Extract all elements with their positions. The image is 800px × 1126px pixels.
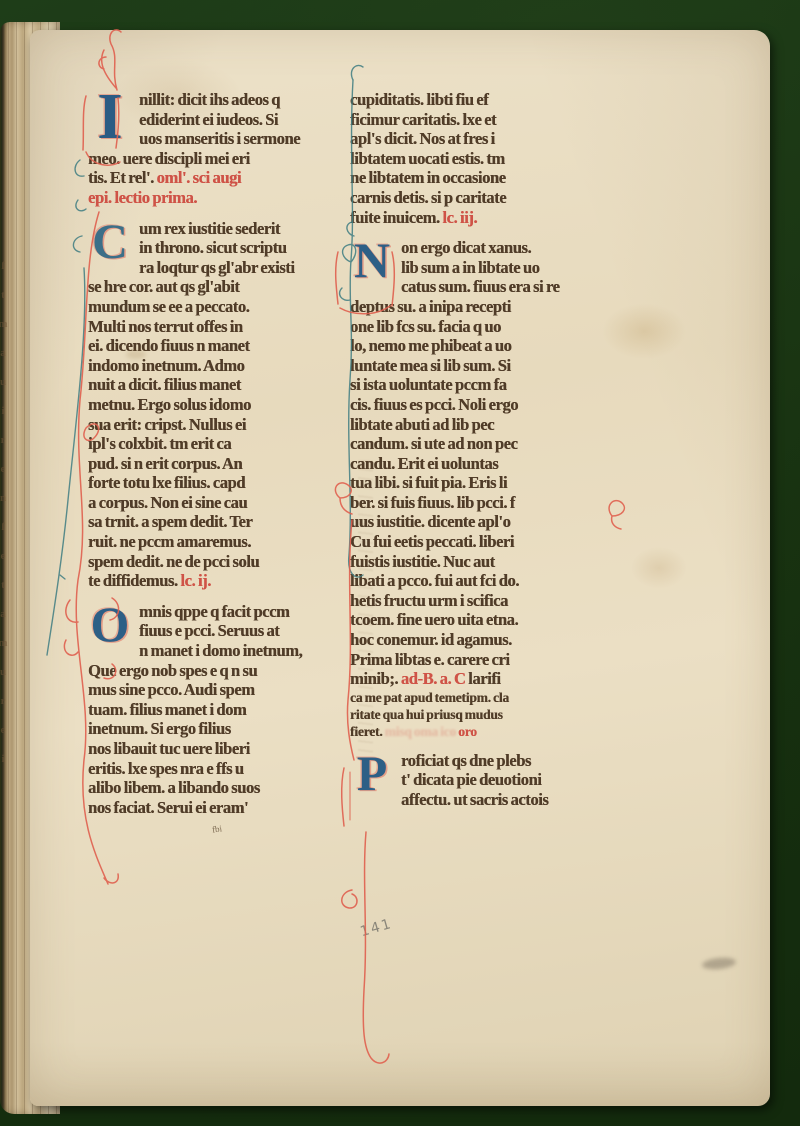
illuminated-initial-C: C xyxy=(88,220,132,261)
text-line: tis. Et rel'. oml'. sci augi xyxy=(88,168,336,188)
text-line: te diffidemus. lc. ij. xyxy=(88,571,336,591)
text-line: mus sine pcco. Audi spem xyxy=(88,680,336,700)
body-text: Multi nos terrut offes in xyxy=(88,317,243,336)
illuminated-initial-I: I xyxy=(88,91,132,134)
text-line: se hre cor. aut qs gl'abit xyxy=(88,277,336,297)
text-line: ne libtatem in occasione xyxy=(350,168,622,188)
body-text: lib sum a in libtate uo xyxy=(401,258,539,277)
body-text: larifi xyxy=(465,669,500,688)
rubric-text: epi. lectio prima. xyxy=(88,188,197,207)
body-text: nuit a dicit. filius manet xyxy=(88,375,241,394)
text-line: indomo inetnum. Admo xyxy=(88,356,336,376)
body-text: deptus su. a inipa recepti xyxy=(350,297,511,316)
text-line: inetnum. Si ergo filius xyxy=(88,719,336,739)
body-text: affectu. ut sacris actois xyxy=(401,790,548,809)
text-line: tuam. filius manet i dom xyxy=(88,700,336,720)
body-text: inetnum. Si ergo filius xyxy=(88,719,231,738)
body-text: on ergo dicat xanus. xyxy=(401,238,531,257)
body-text: um rex iustitie sederit xyxy=(139,219,280,238)
text-line: ipl's colxbit. tm erit ca xyxy=(88,434,336,454)
text-line: libati a pcco. fui aut fci do. xyxy=(350,571,622,591)
text-line: mundum se ee a peccato. xyxy=(88,297,336,317)
body-text: eritis. lxe spes nra e ffs u xyxy=(88,759,244,778)
body-text: tuam. filius manet i dom xyxy=(88,700,246,719)
text-column-right: cupiditatis. libti fiu efficimur caritat… xyxy=(350,90,622,810)
body-text: indomo inetnum. Admo xyxy=(88,356,244,375)
text-line: sa trnit. a spem dedit. Ter xyxy=(88,512,336,532)
body-text: spem dedit. ne de pcci solu xyxy=(88,552,259,571)
text-line: libtate abuti ad lib pec xyxy=(350,415,622,435)
spine-ghost-text: ſtmauirenſetamurei xyxy=(0,260,9,1050)
text-line: candum. si ute ad non pec xyxy=(350,434,622,454)
body-text: tcoem. fine uero uita etna. xyxy=(350,610,518,629)
text-section: Omnis qppe q facit pccmfiuus e pcci. Ser… xyxy=(88,602,336,818)
text-section: Proficiat qs dne plebst' dicata pie deuo… xyxy=(350,751,622,810)
body-text: forte totu lxe filius. capd xyxy=(88,473,245,492)
text-line: luntate mea si lib sum. Si xyxy=(350,356,622,376)
body-text: n manet i domo inetnum, xyxy=(139,641,302,660)
body-text: ber. si fuis fiuus. lib pcci. f xyxy=(350,493,515,512)
text-line: libtatem uocati estis. tm xyxy=(350,149,622,169)
body-text: libati a pcco. fui aut fci do. xyxy=(350,571,519,590)
text-line: apl's dicit. Nos at fres i xyxy=(350,129,622,149)
body-text: nos faciat. Serui ei eram' xyxy=(88,798,248,817)
text-column-left: Inillit: dicit ihs adeos qediderint ei i… xyxy=(88,90,336,817)
body-text: Prima libtas e. carere cri xyxy=(350,650,510,669)
text-line: Que ergo nob spes e q n su xyxy=(88,661,336,681)
erased-rubric-text: misq oma ico xyxy=(385,724,456,739)
rubric-text: oml'. sci augi xyxy=(157,168,242,187)
text-line: si ista uoluntate pccm fa xyxy=(350,375,622,395)
text-line: alibo libem. a libando suos xyxy=(88,778,336,798)
body-text: t' dicata pie deuotioni xyxy=(401,770,541,789)
body-text: si ista uoluntate pccm fa xyxy=(350,375,507,394)
text-line: cis. fiuus es pcci. Noli ergo xyxy=(350,395,622,415)
text-line: nos libauit tuc uere liberi xyxy=(88,739,336,759)
text-line: Cu fui eetis peccati. liberi xyxy=(350,532,622,552)
rubric-text: lc. iij. xyxy=(442,208,477,227)
body-text: roficiat qs dne plebs xyxy=(401,751,531,770)
body-text: meo. uere discipli mei eri xyxy=(88,149,250,168)
body-text: cis. fiuus es pcci. Noli ergo xyxy=(350,395,518,414)
body-text: uos manseritis i sermone xyxy=(139,129,300,148)
body-text: ra loqtur qs gl'abr existi xyxy=(139,258,295,277)
text-line: deptus su. a inipa recepti xyxy=(350,297,622,317)
body-text: Cu fui eetis peccati. liberi xyxy=(350,532,514,551)
body-text: libtate abuti ad lib pec xyxy=(350,415,494,434)
illuminated-initial-O: O xyxy=(88,603,132,644)
text-line: ruit. ne pccm amaremus. xyxy=(88,532,336,552)
body-text: fuite inuicem. xyxy=(350,208,442,227)
text-line: eritis. lxe spes nra e ffs u xyxy=(88,759,336,779)
text-section: cupiditatis. libti fiu efficimur caritat… xyxy=(350,90,622,227)
body-text: one lib fcs su. facia q uo xyxy=(350,317,501,336)
rubric-text: ad-B. a. C xyxy=(401,669,466,688)
text-line: fuistis iustitie. Nuc aut xyxy=(350,552,622,572)
body-text: pud. si n erit corpus. An xyxy=(88,454,242,473)
text-line: fuite inuicem. lc. iij. xyxy=(350,208,622,228)
body-text: lo, nemo me phibeat a uo xyxy=(350,336,511,355)
body-text: catus sum. fiuus era si re xyxy=(401,277,559,296)
body-text: hoc conemur. id agamus. xyxy=(350,630,512,649)
body-text: candum. si ute ad non pec xyxy=(350,434,517,453)
body-text: ei. dicendo fiuus n manet xyxy=(88,336,250,355)
text-line: cupiditatis. libti fiu ef xyxy=(350,90,622,110)
text-line: tua libi. si fuit pia. Eris li xyxy=(350,473,622,493)
text-line: tcoem. fine uero uita etna. xyxy=(350,610,622,630)
body-text: mundum se ee a peccato. xyxy=(88,297,249,316)
body-text: sa trnit. a spem dedit. Ter xyxy=(88,512,252,531)
text-line: ritate qua hui priusq mudus xyxy=(350,706,622,723)
body-text: tis. Et rel'. xyxy=(88,168,157,187)
text-line: spem dedit. ne de pcci solu xyxy=(88,552,336,572)
text-line: fieret. misq oma ico oro xyxy=(350,723,622,740)
text-line: catus sum. fiuus era si re xyxy=(350,277,622,297)
body-text: ficimur caritatis. lxe et xyxy=(350,110,496,129)
margin-ink-note: fbi xyxy=(211,823,222,834)
body-text: luntate mea si lib sum. Si xyxy=(350,356,511,375)
body-text: fiuus e pcci. Seruus at xyxy=(139,621,279,640)
body-text: mus sine pcco. Audi spem xyxy=(88,680,255,699)
body-text: apl's dicit. Nos at fres i xyxy=(350,129,495,148)
body-text: te diffidemus. xyxy=(88,571,180,590)
body-text: ediderint ei iudeos. Si xyxy=(139,110,278,129)
text-line: metnu. Ergo solus idomo xyxy=(88,395,336,415)
text-line: Prima libtas e. carere cri xyxy=(350,650,622,670)
body-text: se hre cor. aut qs gl'abit xyxy=(88,277,239,296)
body-text: sua erit: cripst. Nullus ei xyxy=(88,415,246,434)
text-line: ca me pat apud temetipm. cla xyxy=(350,689,622,706)
text-line: meo. uere discipli mei eri xyxy=(88,149,336,169)
text-line: nuit a dicit. filius manet xyxy=(88,375,336,395)
body-text: uus iustitie. dicente apl'o xyxy=(350,512,510,531)
body-text: nillit: dicit ihs adeos q xyxy=(139,90,280,109)
text-line: forte totu lxe filius. capd xyxy=(88,473,336,493)
body-text: hetis fructu urm i scifica xyxy=(350,591,508,610)
text-line: epi. lectio prima. xyxy=(88,188,336,208)
body-text: in throno. sicut scriptu xyxy=(139,238,287,257)
text-line: Multi nos terrut offes in xyxy=(88,317,336,337)
text-section: Inillit: dicit ihs adeos qediderint ei i… xyxy=(88,90,336,208)
text-line: sua erit: cripst. Nullus ei xyxy=(88,415,336,435)
body-text: ca me pat apud temetipm. cla xyxy=(350,690,509,705)
text-line: candu. Erit ei uoluntas xyxy=(350,454,622,474)
body-text: mnis qppe q facit pccm xyxy=(139,602,289,621)
illuminated-initial-N: N xyxy=(350,239,394,280)
text-line: a corpus. Non ei sine cau xyxy=(88,493,336,513)
text-line: ber. si fuis fiuus. lib pcci. f xyxy=(350,493,622,513)
text-line: hetis fructu urm i scifica xyxy=(350,591,622,611)
text-line: affectu. ut sacris actois xyxy=(350,790,622,810)
parchment-stain xyxy=(126,350,146,359)
body-text: carnis detis. si p caritate xyxy=(350,188,506,207)
body-text: libtatem uocati estis. tm xyxy=(350,149,505,168)
body-text: ne libtatem in occasione xyxy=(350,168,506,187)
manuscript-page: Inillit: dicit ihs adeos qediderint ei i… xyxy=(30,30,770,1106)
rubric-text: lc. ij. xyxy=(180,571,211,590)
dirt-smudge xyxy=(702,956,737,970)
text-line: nos faciat. Serui ei eram' xyxy=(88,798,336,818)
text-line: one lib fcs su. facia q uo xyxy=(350,317,622,337)
body-text: ipl's colxbit. tm erit ca xyxy=(88,434,231,453)
text-line: minib;. ad-B. a. C larifi xyxy=(350,669,622,689)
photo-background: ſtmauirenſetamurei Inillit: dicit ihs ad… xyxy=(0,0,800,1126)
text-line: carnis detis. si p caritate xyxy=(350,188,622,208)
text-section: Cum rex iustitie sederitin throno. sicut… xyxy=(88,219,336,591)
text-line: lo, nemo me phibeat a uo xyxy=(350,336,622,356)
body-text: cupiditatis. libti fiu ef xyxy=(350,90,488,109)
text-line: uus iustitie. dicente apl'o xyxy=(350,512,622,532)
text-line: hoc conemur. id agamus. xyxy=(350,630,622,650)
body-text: tua libi. si fuit pia. Eris li xyxy=(350,473,507,492)
rubric-text: oro xyxy=(456,724,477,739)
body-text: alibo libem. a libando suos xyxy=(88,778,260,797)
text-line: ficimur caritatis. lxe et xyxy=(350,110,622,130)
body-text: nos libauit tuc uere liberi xyxy=(88,739,250,758)
text-section: Non ergo dicat xanus.lib sum a in libtat… xyxy=(350,238,622,740)
body-text: a corpus. Non ei sine cau xyxy=(88,493,247,512)
body-text: ruit. ne pccm amaremus. xyxy=(88,532,251,551)
body-text: Que ergo nob spes e q n su xyxy=(88,661,257,680)
text-line: pud. si n erit corpus. An xyxy=(88,454,336,474)
ink-bleedthrough xyxy=(358,460,373,760)
body-text: metnu. Ergo solus idomo xyxy=(88,395,251,414)
